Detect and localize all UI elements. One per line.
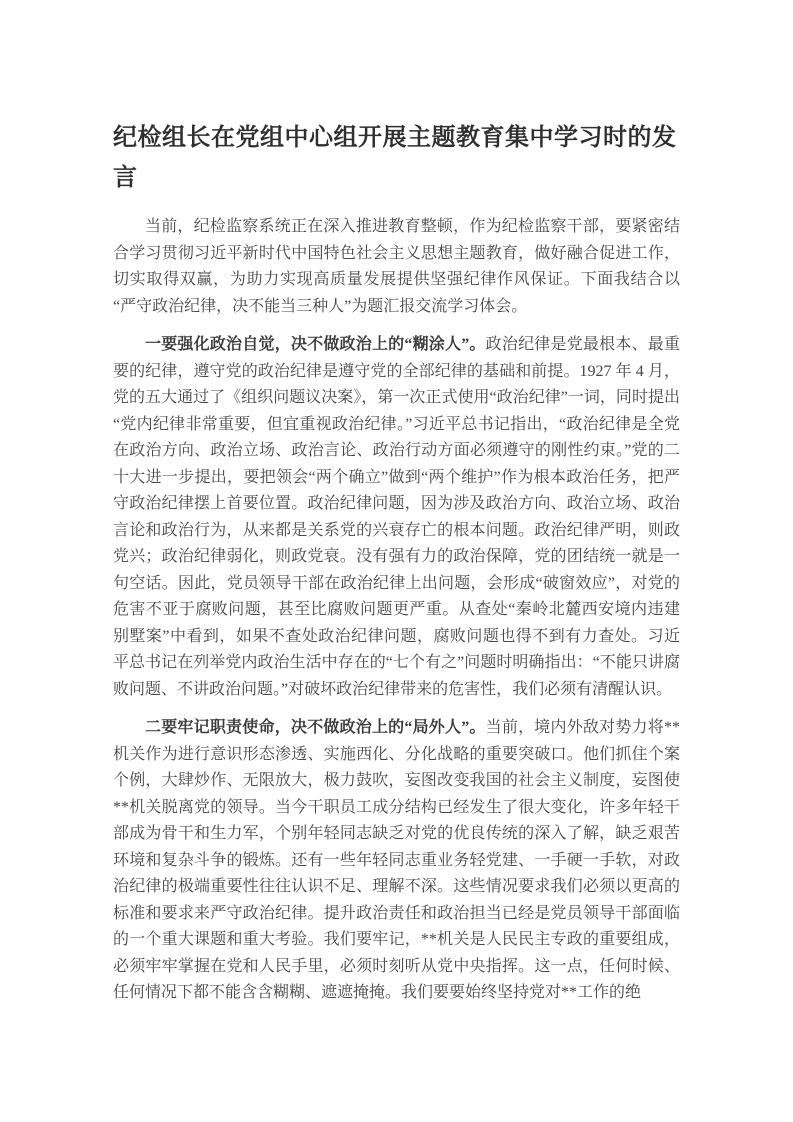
document-body: 当前，纪检监察系统正在深入推进教育整顿，作为纪检监察干部，要紧密结合学习贯彻习近…	[113, 214, 680, 1007]
paragraph-point-2-text: 当前，境内外敌对势力将**机关作为进行意识形态渗透、实施西化、分化战略的重要突破…	[113, 719, 680, 1001]
document-title: 纪检组长在党组中心组开展主题教育集中学习时的发言	[113, 118, 680, 198]
document-page: 纪检组长在党组中心组开展主题教育集中学习时的发言 当前，纪检监察系统正在深入推进…	[0, 0, 793, 1122]
paragraph-point-1-text: 政治纪律是党最根本、最重要的纪律，遵守党的政治纪律是遵守党的全部纪律的基础和前提…	[113, 336, 680, 698]
paragraph-point-2-lead: 二要牢记职责使命，决不做政治上的“局外人”。	[145, 719, 486, 736]
paragraph-point-2: 二要牢记职责使命，决不做政治上的“局外人”。当前，境内外敌对势力将**机关作为进…	[113, 715, 680, 1007]
paragraph-intro-text: 当前，纪检监察系统正在深入推进教育整顿，作为纪检监察干部，要紧密结合学习贯彻习近…	[113, 218, 680, 315]
paragraph-intro: 当前，纪检监察系统正在深入推进教育整顿，作为纪检监察干部，要紧密结合学习贯彻习近…	[113, 214, 680, 320]
paragraph-point-1-lead: 一要强化政治自觉，决不做政治上的“糊涂人”。	[145, 336, 486, 353]
paragraph-point-1: 一要强化政治自觉，决不做政治上的“糊涂人”。政治纪律是党最根本、最重要的纪律，遵…	[113, 332, 680, 703]
